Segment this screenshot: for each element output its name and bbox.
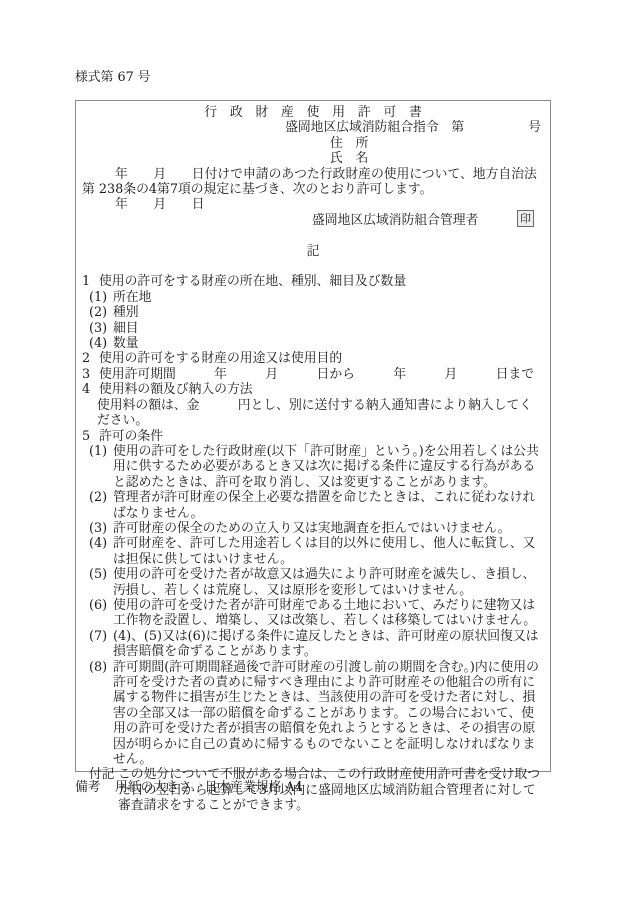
condition-subitem: (5) 使用の許可を受けた者が故意又は過失により許可財産を滅失し、き損し、汚損し… [82, 567, 544, 598]
subitem-text: (4)、(5)又は(6)に掲げる条件に違反したときは、許可財産の原状回復又は損害… [113, 629, 544, 660]
list-item-1: 1 使用の許可をする財産の所在地、種別、細目及び数量 [82, 274, 544, 289]
list-subitem: (4) 数量 [82, 336, 544, 351]
record-heading: 記 [82, 244, 544, 259]
subitem-number: (7) [89, 629, 113, 644]
decision-date-line: 年 月 日 [115, 197, 544, 212]
list-subitem: (3) 細目 [82, 321, 544, 336]
remarks-line: 備考 用紙の大きさ 日本産業規格 A4 [75, 780, 303, 795]
subitem-text: 使用の許可を受けた者が故意又は過失により許可財産を滅失し、き損し、汚損し、若しく… [113, 567, 544, 598]
item-number: 4 [82, 382, 99, 397]
remarks-label: 備考 [75, 780, 115, 795]
spacer [82, 228, 544, 243]
subitem-text: 許可期間(許可期間経過後で許可財産の引渡し前の期間を含む。)内に使用の許可を受け… [113, 660, 544, 768]
subitem-text: 許可財産を、許可した用途若しくは目的以外に使用し、他人に転貸し、又は担保に供して… [113, 536, 544, 567]
subitem-text: 使用の許可をした行政財産(以下「許可財産」という。)を公用若しくは公共用に供する… [113, 444, 544, 490]
subitem-number: (2) [89, 305, 113, 320]
issuer-name: 盛岡地区広域消防組合管理者 [312, 213, 478, 228]
remarks-text: 用紙の大きさ 日本産業規格 A4 [115, 780, 303, 795]
subitem-number: (4) [89, 536, 113, 551]
subitem-text: 所在地 [113, 290, 544, 305]
item-text: 使用の許可をする財産の所在地、種別、細目及び数量 [99, 274, 544, 289]
item-text: 使用の許可をする財産の用途又は使用目的 [99, 351, 544, 366]
subitem-number: (3) [89, 521, 113, 536]
list-item-4: 4 使用料の額及び納入の方法 [82, 382, 544, 397]
issuer-line: 盛岡地区広域消防組合管理者 印 [312, 213, 544, 228]
fee-note-line: 使用料の額は、金 円とし、別に送付する納入通知書により納入してください。 [82, 398, 544, 429]
subitem-number: (5) [89, 567, 113, 582]
subitem-text: 管理者が許可財産の保全上必要な措置を命じたときは、これに従わなければなりません。 [113, 490, 544, 521]
subitem-number: (4) [89, 336, 113, 351]
subitem-number: (8) [89, 660, 113, 675]
list-item-3: 3 使用許可期間 年 月 日から 年 月 日まで [82, 367, 544, 382]
seal-stamp: 印 [517, 210, 534, 227]
list-item-2: 2 使用の許可をする財産の用途又は使用目的 [82, 351, 544, 366]
item-text: 使用許可期間 年 月 日から 年 月 日まで [99, 367, 544, 382]
subitem-text: 許可財産の保全のための立入り又は実地調査を拒んではいけません。 [113, 521, 544, 536]
document-title: 行 政 財 産 使 用 許 可 書 [82, 105, 544, 120]
condition-subitem: (8) 許可期間(許可期間経過後で許可財産の引渡し前の期間を含む。)内に使用の許… [82, 660, 544, 768]
item-number: 1 [82, 274, 99, 289]
condition-subitem: (6) 使用の許可を受けた者が許可財産である土地において、みだりに建物又は工作物… [82, 598, 544, 629]
document-sheet: 様式第 67 号 行 政 財 産 使 用 許 可 書 盛岡地区広域消防組合指令 … [0, 0, 630, 903]
condition-subitem: (1) 使用の許可をした行政財産(以下「許可財産」という。)を公用若しくは公共用… [82, 444, 544, 490]
spacer [82, 259, 544, 274]
condition-subitem: (7) (4)、(5)又は(6)に掲げる条件に違反したときは、許可財産の原状回復… [82, 629, 544, 660]
address-label: 住 所 [330, 136, 544, 151]
form-number: 様式第 67 号 [75, 70, 151, 85]
item-text: 許可の条件 [99, 429, 544, 444]
item-number: 2 [82, 351, 99, 366]
list-subitem: (2) 種別 [82, 305, 544, 320]
condition-subitem: (3) 許可財産の保全のための立入り又は実地調査を拒んではいけません。 [82, 521, 544, 536]
subitem-text: 種別 [113, 305, 544, 320]
condition-subitem: (2) 管理者が許可財産の保全上必要な措置を命じたときは、これに従わなければなり… [82, 490, 544, 521]
subitem-text: 細目 [113, 321, 544, 336]
item-text: 使用料の額及び納入の方法 [99, 382, 544, 397]
directive-number-line: 盛岡地区広域消防組合指令 第 号 [82, 120, 544, 135]
list-item-5: 5 許可の条件 [82, 429, 544, 444]
condition-subitem: (4) 許可財産を、許可した用途若しくは目的以外に使用し、他人に転貸し、又は担保… [82, 536, 544, 567]
permit-document-box: 行 政 財 産 使 用 許 可 書 盛岡地区広域消防組合指令 第 号 住 所 氏… [75, 100, 551, 772]
subitem-number: (2) [89, 490, 113, 505]
subitem-number: (1) [89, 290, 113, 305]
subitem-text: 使用の許可を受けた者が許可財産である土地において、みだりに建物又は工作物を設置し… [113, 598, 544, 629]
subitem-text: 数量 [113, 336, 544, 351]
subitem-number: (1) [89, 444, 113, 459]
name-label: 氏 名 [330, 151, 544, 166]
item-number: 3 [82, 367, 99, 382]
item-number: 5 [82, 429, 99, 444]
intro-paragraph: 年 月 日付けで申請のあつた行政財産の使用について、地方自治法第 238条の4第… [82, 167, 544, 198]
list-subitem: (1) 所在地 [82, 290, 544, 305]
subitem-number: (3) [89, 321, 113, 336]
subitem-number: (6) [89, 598, 113, 613]
